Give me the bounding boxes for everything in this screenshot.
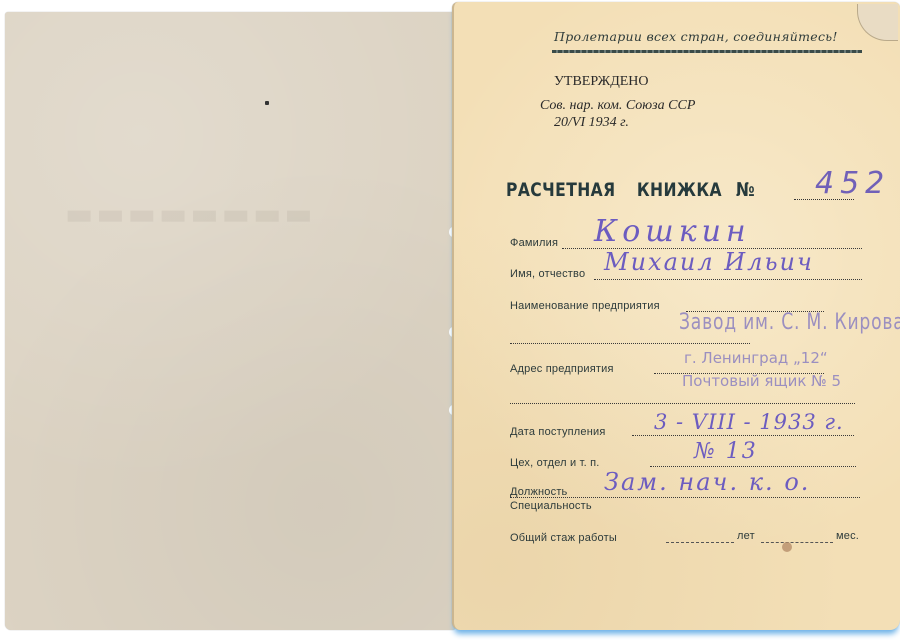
enterprise-name-line-2 xyxy=(510,343,750,344)
right-page: Пролетарии всех стран, соединяйтесь! УТВ… xyxy=(452,2,900,630)
folded-corner xyxy=(857,4,898,41)
approval-authority: Сов. нар. ком. Союза ССР xyxy=(540,98,695,114)
experience-months-label: мес. xyxy=(836,530,859,542)
enterprise-address-line-2 xyxy=(510,403,855,404)
ink-speck xyxy=(265,101,269,105)
name-patronymic-line xyxy=(594,279,862,280)
hire-date-label: Дата поступления xyxy=(510,426,606,438)
experience-years-line xyxy=(666,542,734,543)
experience-months-line xyxy=(761,542,833,543)
paper-stain xyxy=(782,542,792,552)
specialty-label: Специальность xyxy=(510,500,592,512)
position-value: Зам. нач. к. о. xyxy=(604,468,810,496)
enterprise-address-city: г. Ленинград „12“ xyxy=(684,349,828,367)
approval-heading: УТВЕРЖДЕНО xyxy=(554,74,649,90)
department-value: № 13 xyxy=(694,439,758,464)
book-number: 452 xyxy=(815,166,890,201)
enterprise-name-stamp: Завод им. С. М. Кирова xyxy=(679,310,900,335)
approval-date: 20/VI 1934 г. xyxy=(554,115,629,131)
left-page: ▬▬▬▬▬▬▬▬ xyxy=(5,12,455,630)
bleed-through-text: ▬▬▬▬▬▬▬▬ xyxy=(65,197,316,232)
enterprise-address-pobox: Почтовый ящик № 5 xyxy=(682,372,841,390)
enterprise-address-label: Адрес предприятия xyxy=(510,363,614,375)
department-line xyxy=(650,466,856,467)
surname-value: Кошкин xyxy=(594,214,751,249)
motto-divider xyxy=(552,50,862,53)
enterprise-name-label: Наименование предприятия xyxy=(510,300,660,312)
number-sign: № xyxy=(736,179,755,201)
hire-date-value: 3 - VIII - 1933 г. xyxy=(654,410,844,434)
experience-years-label: лет xyxy=(737,530,755,542)
hire-date-line xyxy=(632,435,854,436)
name-patronymic-value: Михаил Ильич xyxy=(604,248,814,276)
experience-label: Общий стаж работы xyxy=(510,532,617,544)
document-title: РАСЧЕТНАЯКНИЖКА № xyxy=(506,179,755,201)
motto: Пролетарии всех стран, соединяйтесь! xyxy=(554,29,838,44)
department-label: Цех, отдел и т. п. xyxy=(510,457,600,469)
title-word-2: КНИЖКА xyxy=(637,179,722,201)
position-line xyxy=(510,497,860,498)
name-patronymic-label: Имя, отчество xyxy=(510,268,585,280)
title-word-1: РАСЧЕТНАЯ xyxy=(506,179,616,201)
surname-label: Фамилия xyxy=(510,237,558,249)
